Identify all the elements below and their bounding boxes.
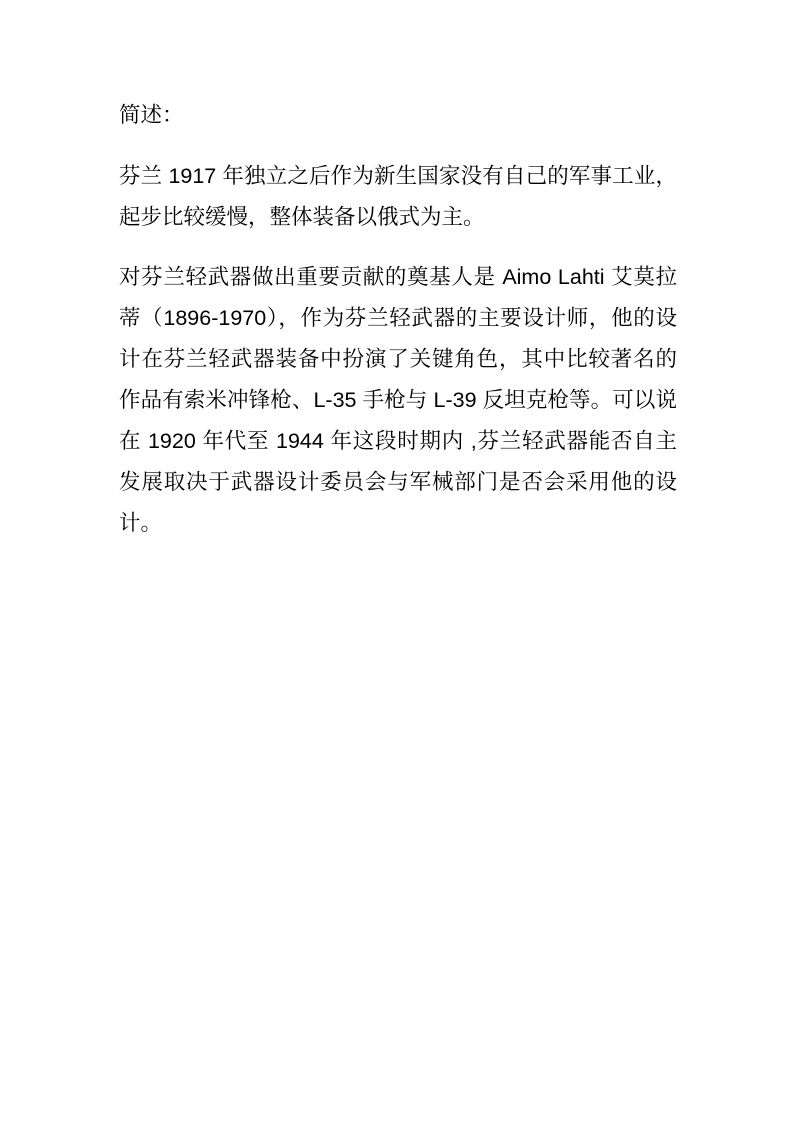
paragraph-aimo-lahti: 对芬兰轻武器做出重要贡献的奠基人是 Aimo Lahti 艾莫拉蒂（1896-1… <box>119 257 677 544</box>
paragraph-intro: 芬兰 1917 年独立之后作为新生国家没有自己的军事工业，起步比较缓慢，整体装备… <box>119 156 677 238</box>
document-text-block: 简述： 芬兰 1917 年独立之后作为新生国家没有自己的军事工业，起步比较缓慢，… <box>119 95 677 563</box>
document-page: 简述： 芬兰 1917 年独立之后作为新生国家没有自己的军事工业，起步比较缓慢，… <box>0 0 794 1123</box>
section-heading: 简述： <box>119 95 677 136</box>
